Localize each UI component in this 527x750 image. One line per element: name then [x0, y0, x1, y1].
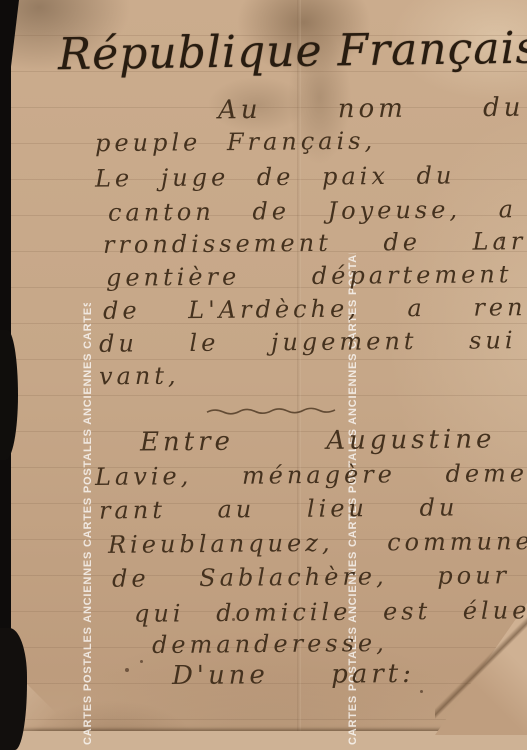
- manuscript-line: Lavie, ménagère demeu: [95, 459, 527, 491]
- manuscript-line: canton de Joyeuse, a: [108, 195, 517, 227]
- manuscript-line: du le jugement sui: [99, 326, 517, 358]
- paper-edge-blotch: [0, 628, 27, 750]
- manuscript-line: de L'Ardèche, a ren: [103, 293, 527, 325]
- age-speck: [140, 660, 143, 663]
- manuscript-line: demanderesse,: [152, 629, 388, 659]
- age-speck: [420, 690, 423, 693]
- manuscript-line: D'une part:: [172, 659, 415, 691]
- manuscript-line: vant,: [99, 362, 180, 391]
- manuscript-line: gentière département: [106, 260, 513, 292]
- manuscript-line: peuple Français,: [95, 127, 376, 157]
- manuscript-line: qui domicile est élue,: [134, 596, 527, 628]
- manuscript-line: Le juge de paix du: [95, 161, 456, 192]
- manuscript-line: Rieublanquez, commune: [108, 527, 527, 559]
- age-speck: [125, 668, 129, 672]
- manuscript-line: rrondissement de Lar: [103, 227, 527, 259]
- manuscript-line: Au nom du: [218, 93, 525, 126]
- manuscript-line: Entre Augustine: [140, 424, 496, 457]
- document-title: République Française: [58, 23, 524, 80]
- manuscript-line: de Sablachère, pour: [112, 561, 510, 592]
- watermark-strip-left: CARTES POSTALES ANCIENNES CARTES POSTALE…: [82, 303, 97, 745]
- scanned-document-photo: CARTES POSTALES ANCIENNES CARTES POSTALE…: [0, 0, 527, 750]
- manuscript-line: rant au lieu du: [99, 493, 459, 524]
